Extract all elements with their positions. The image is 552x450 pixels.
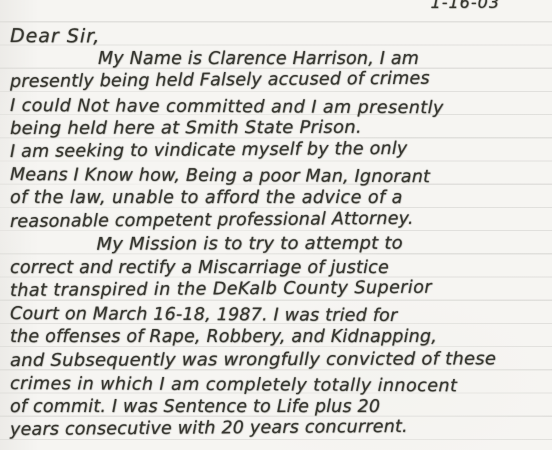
handwritten-line: crimes in which I am completely totally … [10, 373, 550, 399]
handwritten-line: and Subsequently was wrongfully convicte… [10, 348, 552, 373]
handwritten-line: presently being held Falsely accused of … [10, 67, 550, 94]
handwritten-line: reasonable competent professional Attorn… [10, 206, 550, 233]
letter-page: 1-16-03 Dear Sir, My Name is Clarence Ha… [0, 0, 552, 450]
handwritten-line: the offenses of Rape, Robbery, and Kidna… [10, 326, 550, 349]
handwritten-line: Court on March 16-18, 1987. I was tried … [10, 303, 550, 329]
handwritten-line: I am seeking to vindicate myself by the … [10, 137, 550, 164]
salutation: Dear Sir, [10, 25, 550, 51]
handwritten-line: My Mission is to try to attempt to [10, 232, 552, 257]
handwritten-line: Means I Know how, Being a poor Man, Igno… [10, 164, 550, 190]
handwritten-line: that transpired in the DeKalb County Sup… [10, 276, 550, 303]
letter-body: Dear Sir, My Name is Clarence Harrison, … [10, 25, 550, 442]
handwritten-line: years consecutive with 20 years concurre… [10, 415, 550, 442]
letter-date: 1-16-03 [431, 0, 500, 12]
